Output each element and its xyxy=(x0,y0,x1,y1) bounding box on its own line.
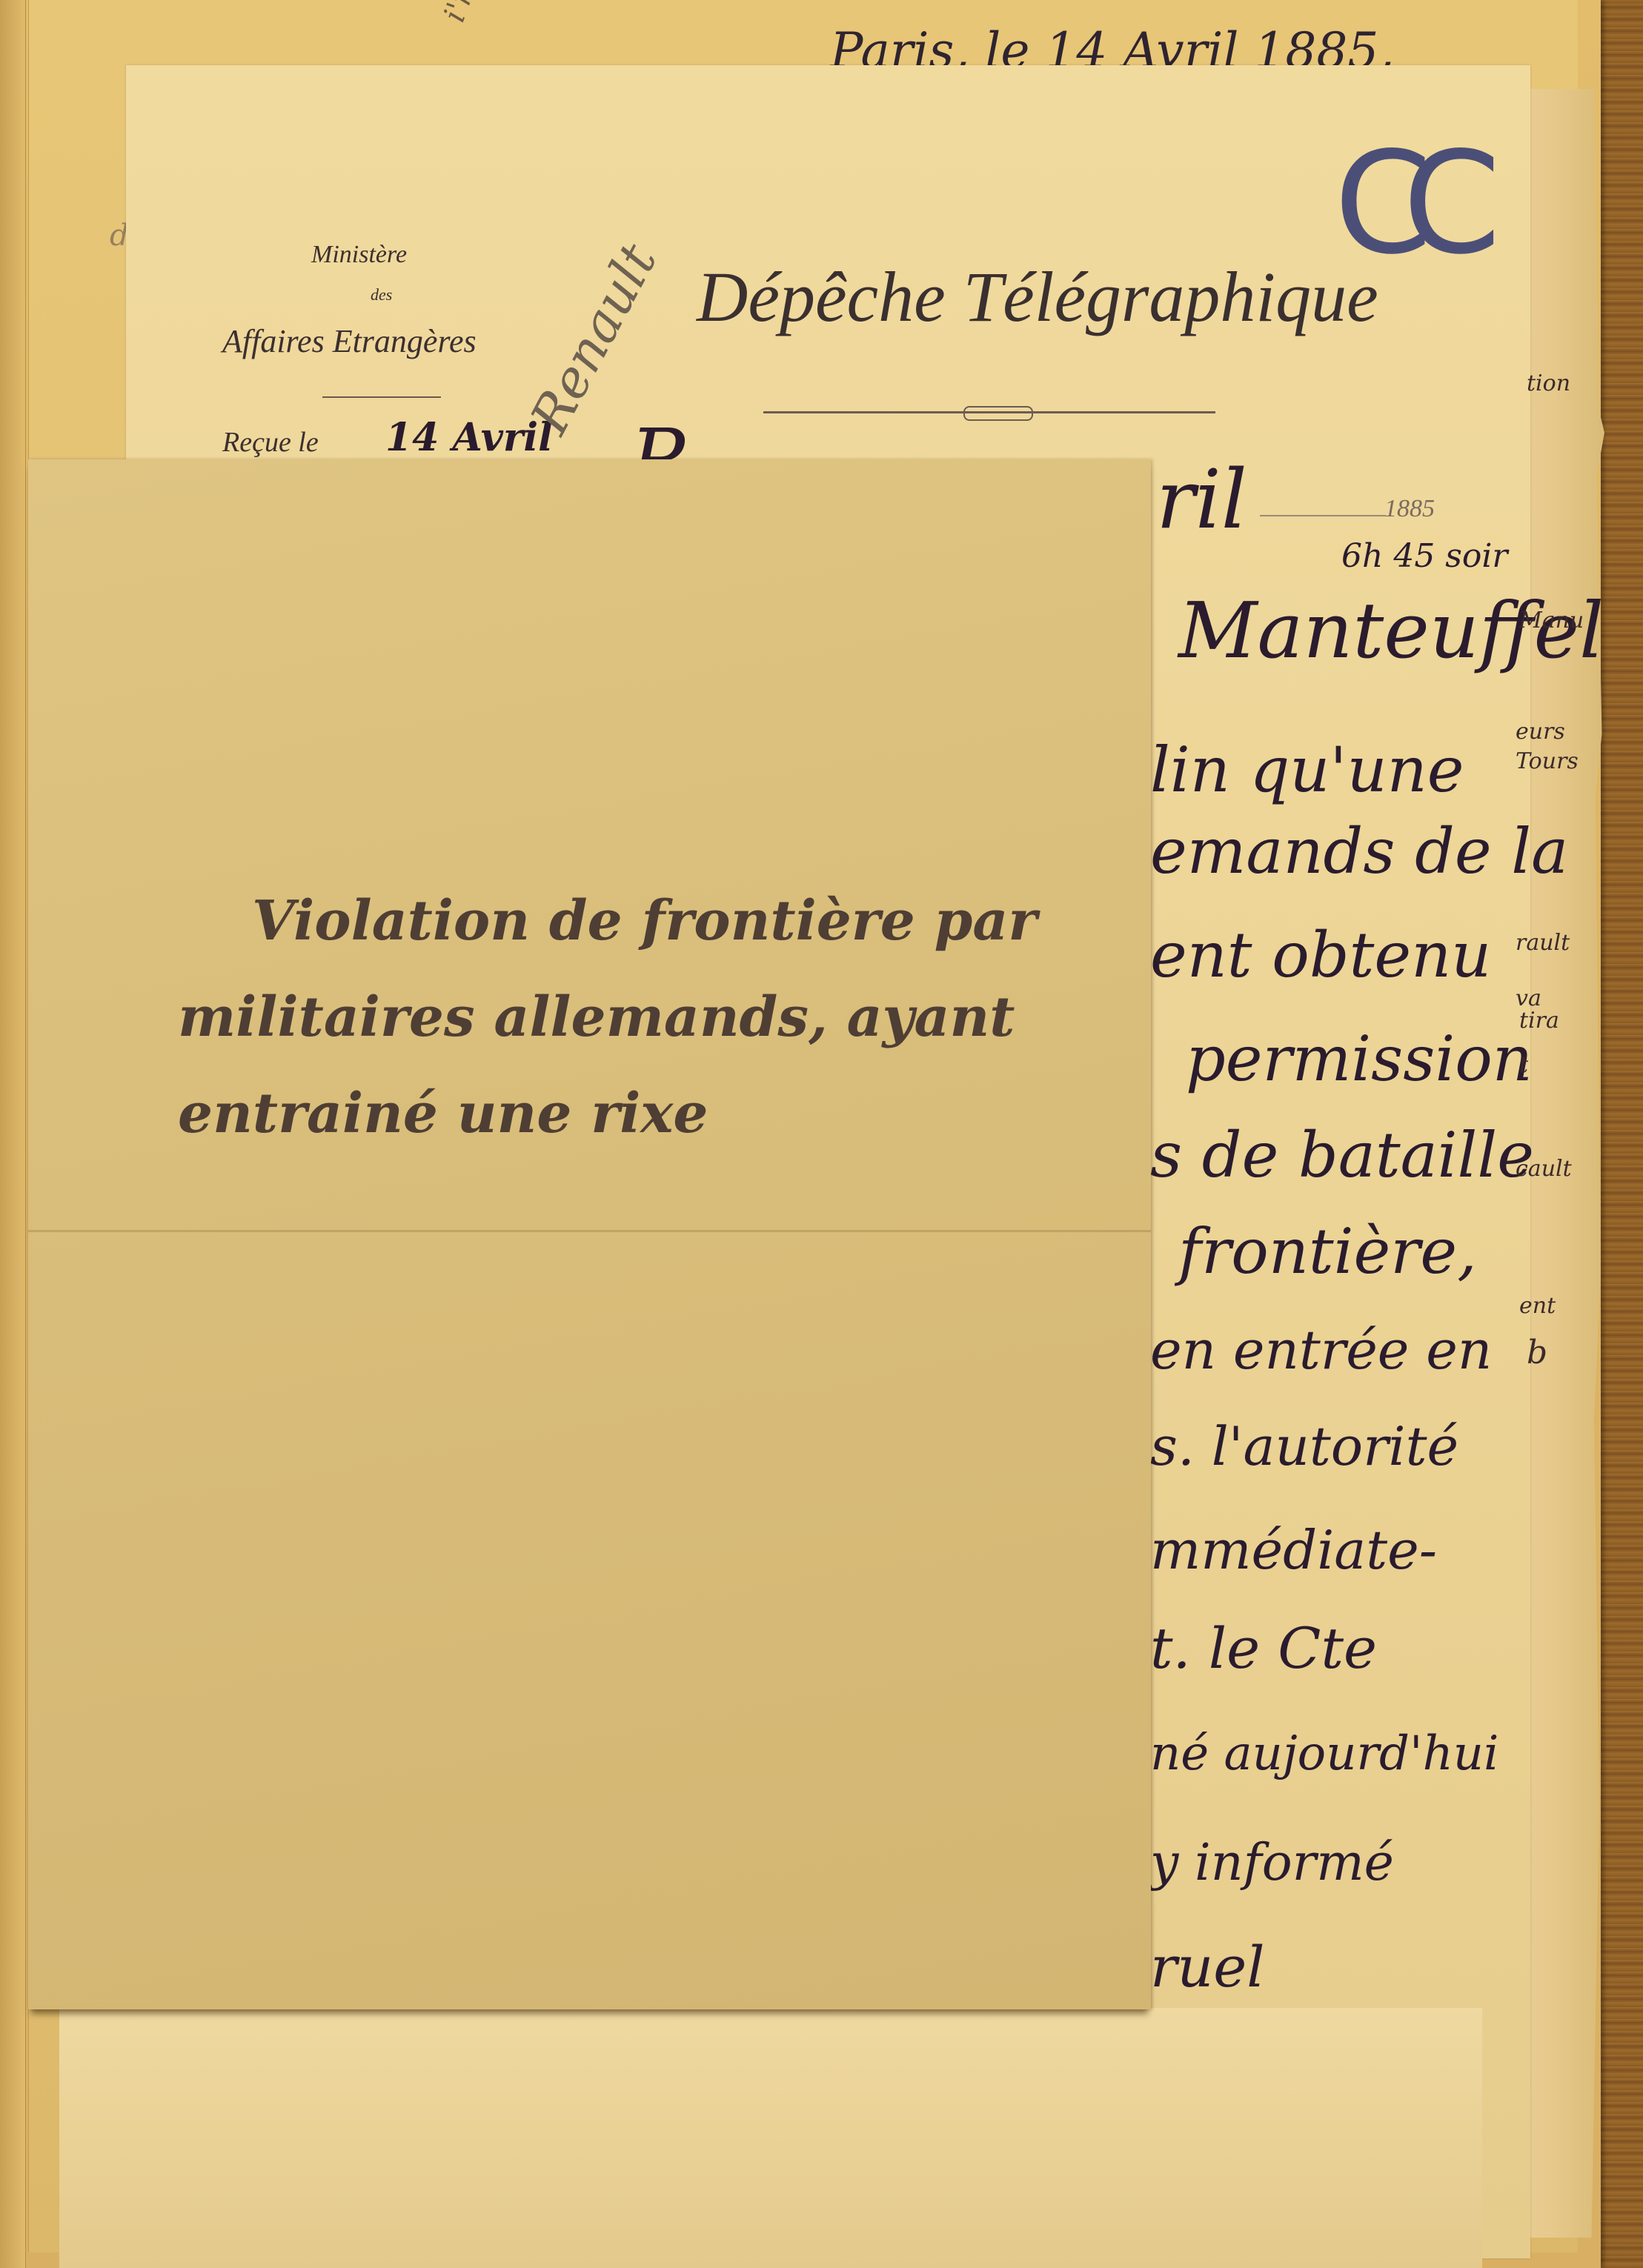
margin-fragment: Manu xyxy=(1519,608,1584,633)
body-line-7: frontière, xyxy=(1178,1215,1477,1288)
body-line-3: emands de la xyxy=(1150,815,1568,888)
envelope-note-line-2: militaires allemands, ayant xyxy=(178,985,1015,1049)
margin-fragment: rault xyxy=(1516,930,1570,956)
body-line-6: s de bataille xyxy=(1150,1119,1534,1191)
telegram-title: Dépêche Télégraphique xyxy=(697,256,1378,338)
envelope-cover xyxy=(28,459,1151,2009)
envelope-note-line-3: entrainé une rixe xyxy=(178,1082,708,1145)
body-line-14: ruel xyxy=(1150,1934,1265,2000)
letterhead-divider xyxy=(322,396,441,398)
envelope-fold-line xyxy=(28,1230,1151,1232)
margin-fragment: tira xyxy=(1519,1008,1559,1034)
margin-fragment: Tours xyxy=(1516,748,1579,774)
body-line-8: en entrée en xyxy=(1150,1319,1492,1381)
blue-pencil-cc-mark: CC xyxy=(1334,133,1471,274)
body-line-11: t. le Cte xyxy=(1150,1615,1377,1681)
body-line-2: lin qu'une xyxy=(1150,734,1464,806)
received-value: 14 Avril xyxy=(385,415,553,460)
body-line-9: s. l'autorité xyxy=(1150,1415,1458,1477)
body-line-13: y informé xyxy=(1150,1834,1394,1892)
title-ornament-center xyxy=(963,406,1033,421)
printed-year: 1885 xyxy=(1384,495,1435,523)
body-line-5: permission xyxy=(1186,1022,1533,1095)
bottom-sheet xyxy=(59,2008,1482,2268)
telegram-date-suffix: ril xyxy=(1156,452,1247,547)
left-sheet-edge xyxy=(0,0,26,2268)
telegram-time: 6h 45 soir xyxy=(1341,537,1507,575)
envelope-note-line-1: Violation de frontière par xyxy=(252,889,1037,953)
margin-fragment: t xyxy=(1519,1052,1528,1078)
body-line-4: ent obtenu xyxy=(1150,919,1491,991)
body-line-10: mmédiate- xyxy=(1150,1519,1437,1581)
margin-fragment: cault xyxy=(1516,1156,1572,1182)
received-label: Reçue le xyxy=(222,426,319,459)
margin-fragment: ent xyxy=(1519,1293,1556,1319)
margin-fragment: b xyxy=(1527,1334,1547,1371)
body-line-12: né aujourd'hui xyxy=(1150,1726,1498,1781)
letterhead-ministere: Ministère xyxy=(311,241,407,269)
date-underline xyxy=(1260,515,1386,516)
letterhead-affaires-etrangeres: Affaires Etrangères xyxy=(222,322,477,360)
margin-fragment: tion xyxy=(1527,370,1570,396)
letterhead-des: des xyxy=(371,285,392,305)
margin-fragment: eurs xyxy=(1516,719,1565,745)
